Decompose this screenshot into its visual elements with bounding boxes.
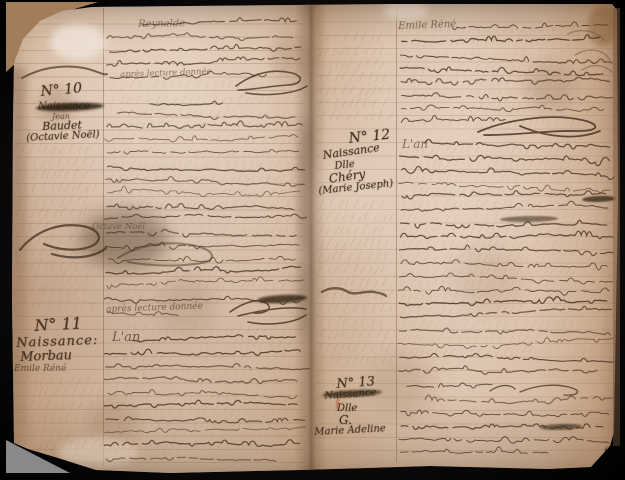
gutter-streak — [299, 118, 311, 253]
corner-stain — [588, 6, 618, 46]
white-torn-patch — [50, 24, 106, 60]
ink-scratch-bar — [36, 102, 104, 112]
handwriting-ink-layer — [0, 0, 625, 480]
body-fragment: Octave Noël — [92, 222, 145, 232]
fold-highlight — [58, 438, 138, 466]
ruled-lines-right-page — [316, 9, 614, 461]
folded-corner-bottomleft — [0, 0, 625, 480]
torn-backing-topleft — [0, 0, 625, 480]
bold-ink-word — [540, 423, 582, 430]
record-number: N° 10 — [40, 80, 83, 100]
white-torn-patch — [384, 0, 428, 20]
record-name: Emile Réné — [14, 364, 66, 374]
record-name: (Marie Joseph) — [318, 178, 394, 197]
record-name: Marie Adeline — [314, 423, 386, 438]
record-name: (Octavie Noël) — [26, 129, 100, 144]
record-honorific: Dlle — [337, 403, 357, 414]
record-honorific: Dlle — [334, 159, 355, 172]
paper-foxing-texture — [0, 0, 625, 480]
body-fragment: après lecture donnée — [106, 302, 203, 315]
record-name: Baudet — [42, 119, 82, 133]
record-type-label: Naissance — [322, 141, 381, 162]
register-double-page: N° 10 Naissance Jean Baudet (Octavie Noë… — [0, 0, 625, 480]
record-type-label: Naissance: — [16, 333, 99, 351]
record-number: N° 13 — [336, 374, 376, 392]
center-fold — [294, 4, 326, 470]
record-number: N° 12 — [348, 127, 391, 147]
red-mark — [335, 396, 340, 410]
record-type-label: Naissance — [324, 387, 377, 402]
record-name: Chéry — [328, 167, 366, 186]
record-name: Morbau — [20, 348, 72, 365]
gutter-streak — [298, 255, 307, 340]
record-number: N° 11 — [34, 314, 82, 335]
bold-ink-word — [582, 195, 616, 202]
body-fragment: L'an — [402, 137, 428, 151]
edge-streak — [10, 66, 26, 446]
record-type-label: Naissance — [38, 101, 90, 112]
body-fragment: après lecture donnée — [120, 67, 212, 80]
ink-smudge-cloud — [80, 210, 168, 268]
next-page-edge — [613, 8, 620, 446]
ink-scratch-bar — [257, 294, 307, 305]
record-name: G. — [339, 413, 352, 427]
manuscript-scan: N° 10 Naissance Jean Baudet (Octavie Noë… — [0, 0, 625, 480]
ink-scratch-bar — [322, 388, 382, 398]
margin-rule-left-page — [103, 8, 104, 466]
page-number: 6 — [604, 444, 611, 457]
record-name: Jean — [52, 112, 70, 121]
ruled-lines-left-page — [14, 11, 303, 467]
scan-vignette — [0, 0, 625, 480]
body-fragment: Emile Réné — [398, 19, 456, 32]
margin-rule-right-page — [396, 6, 397, 462]
bold-ink-word — [500, 215, 558, 222]
body-fragment: L'an — [112, 330, 140, 345]
body-fragment: Reynalde — [138, 18, 185, 30]
